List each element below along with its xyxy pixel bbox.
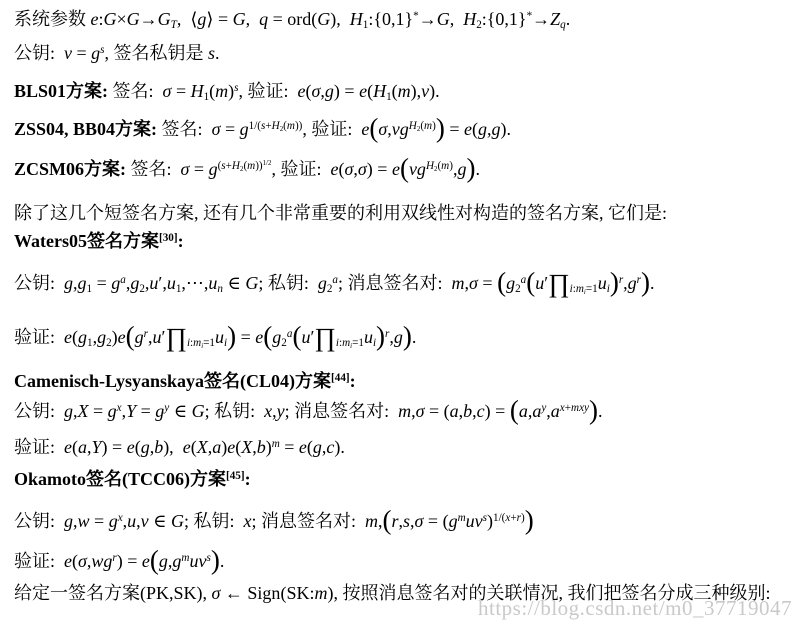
document-page: 系统参数 e:G×G→GT, ⟨g⟩ = G, q = ord(G), H1:{… [0,0,798,632]
line-okamoto-verify: 验证: e(σ,wgr) = e(g,gmuvs). [14,550,224,573]
line-cl04-verify: 验证: e(a,Y) = e(g,b), e(X,a)e(X,b)m = e(g… [14,436,345,459]
line-bls01-scheme: BLS01方案: 签名: σ = H1(m)s, 验证: e(σ,g) = e(… [14,80,440,103]
line-waters05-keys: 公钥: g,g1 = ga,g2,u′,u1,⋯,un ∈ G; 私钥: g2a… [14,272,655,295]
line-waters05-title: Waters05签名方案[30]: [14,230,184,253]
csdn-watermark: https://blog.csdn.net/m0_37719047 [478,596,792,621]
line-waters05-verify: 验证: e(g1,g2)e(gr,u′∏i:mi=1ui) = e(g2a(u′… [14,326,416,349]
line-okamoto-keys: 公钥: g,w = gx,u,v ∈ G; 私钥: x; 消息签名对: m,(r… [14,510,534,533]
line-cl04-keys: 公钥: g,X = gx,Y = gy ∈ G; 私钥: x,y; 消息签名对:… [14,400,602,423]
line-cl04-title: Camenisch-Lysyanskaya签名(CL04)方案[44]: [14,370,356,393]
line-intro-other-schemes: 除了这几个短签名方案, 还有几个非常重要的利用双线性对构造的签名方案, 它们是: [14,202,667,225]
line-public-key: 公钥: v = gs, 签名私钥是 s. [14,42,220,65]
line-zss04-bb04-scheme: ZSS04, BB04方案: 签名: σ = g1/(s+H2(m)), 验证:… [14,118,511,141]
line-system-params: 系统参数 e:G×G→GT, ⟨g⟩ = G, q = ord(G), H1:{… [14,8,570,31]
line-zcsm06-scheme: ZCSM06方案: 签名: σ = g(s+H2(m))1/2, 验证: e(σ… [14,158,480,181]
line-okamoto-title: Okamoto签名(TCC06)方案[45]: [14,468,251,491]
